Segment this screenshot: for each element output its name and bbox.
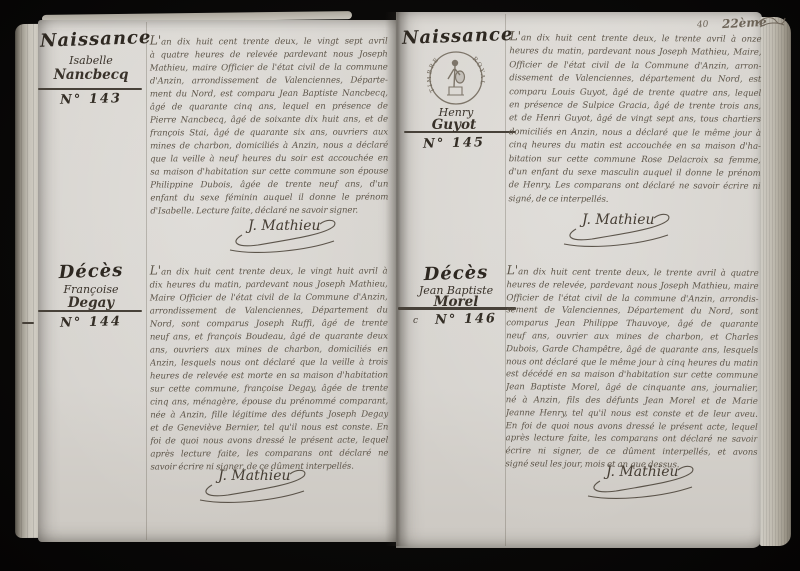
- book-spine-edge: [15, 24, 40, 538]
- record-146-signature: J. Mathieu: [580, 458, 710, 500]
- handwritten-line: foi de quoi nous avons dressé le présent…: [150, 434, 388, 448]
- record-143-type-label: Naissance: [40, 27, 143, 52]
- handwritten-line: née à Anzin, fille légitime des défunts …: [150, 408, 388, 422]
- record-145-type-label: Naissance: [402, 24, 509, 49]
- signature-text: J. Mathieu: [215, 468, 291, 484]
- stamp-text-left: TIMBRE: [427, 56, 441, 94]
- handwritten-line: L'an dix huit cent trente deux, le trent…: [509, 29, 761, 47]
- record-144-number: N° 144: [40, 314, 142, 332]
- stamp-text-right: ROYAL: [471, 55, 485, 86]
- handwritten-line: heures du matin, pardevant nous Joseph M…: [509, 46, 761, 61]
- handwritten-line: dissement de Valenciennes, département d…: [509, 72, 761, 87]
- record-145-surname: Guyot: [404, 117, 504, 133]
- handwritten-line: arrondissement de Valenciennes, Départem…: [150, 304, 388, 318]
- handwritten-line: cinq heures du matin est accouchée en sa…: [509, 139, 761, 154]
- handwritten-line: Pierre Nancbecq, âgé de soixante dix hui…: [150, 113, 388, 127]
- handwritten-line: ment du Nord, est comparu Jean Baptiste …: [150, 87, 388, 101]
- handwritten-line: heures de relevée, pardevant nous Joseph…: [506, 279, 758, 293]
- handwritten-line: après lecture faite, les comparans ont d…: [150, 447, 388, 461]
- handwritten-line: heures de relevée est morte en sa maison…: [150, 369, 388, 383]
- record-145-signature: J. Mathieu: [556, 206, 686, 248]
- handwritten-line: L'an dix huit cent trente deux, le vingt…: [150, 32, 388, 49]
- record-146-surname: Morel: [404, 294, 508, 310]
- handwritten-line: à quatre heures de relevée pardevant nou…: [150, 48, 388, 62]
- folio-number: 40: [697, 20, 709, 31]
- handwritten-line: cinq ans, ménagère, épouse du prénommé c…: [150, 395, 388, 409]
- margin-rule-144-spine-tick: [22, 322, 34, 324]
- margin-rule-143: [38, 88, 142, 90]
- record-143-number: N° 143: [40, 91, 142, 109]
- handwritten-line: Nord, sont comparus Joseph Ruffi, âgé de…: [150, 317, 388, 331]
- page-stack-fore-edge: [760, 17, 791, 546]
- record-143-firstname: Isabelle: [40, 54, 142, 67]
- handwritten-line: neuf ans, et françois Boudeau, âgé de qu…: [150, 330, 388, 344]
- handwritten-line: âgé de quarante cinq ans, lequel en prés…: [150, 100, 388, 114]
- handwritten-line: mines de charbon, domiciliés à Anzin, no…: [150, 139, 388, 153]
- handwritten-line: sa maison d'habitation sur cette commune…: [150, 165, 388, 179]
- handwritten-line: Philippine Dubois, âgée de trente neuf a…: [150, 178, 388, 192]
- record-145-number: N° 145: [404, 135, 504, 153]
- handwritten-line: neuf ans, ouvrier aux mines de charbon, …: [506, 330, 758, 344]
- handwritten-line: sur cette commune, françoise Degay, âgée…: [150, 382, 388, 396]
- handwritten-line: ans, ouvriers aux mines de charbon, domi…: [150, 343, 388, 357]
- handwritten-line: Maire Officier de l'état civil de la Com…: [150, 291, 388, 305]
- handwritten-line: L'an dix huit cent trente deux, le vingt…: [150, 262, 388, 279]
- handwritten-line: Mathieu, maire Officier de l'état civil …: [150, 61, 388, 75]
- handwritten-line: de Henry. Les comparans ont déclaré ne s…: [509, 180, 761, 195]
- handwritten-line: Jeanne Henry, tel qu'il nous est conste …: [506, 407, 758, 421]
- record-143-body: L'an dix huit cent trente deux, le vingt…: [150, 32, 389, 218]
- record-146-type-label: Décès: [404, 261, 509, 286]
- signature-text: J. Mathieu: [579, 212, 655, 228]
- page-label-flourish: [756, 14, 786, 30]
- signature-text: J. Mathieu: [245, 218, 321, 234]
- record-146-margin-note: c: [413, 316, 418, 326]
- handwritten-line: L'an dix huit cent trente deux, le trent…: [507, 264, 759, 280]
- record-146-body: L'an dix huit cent trente deux, le trent…: [505, 264, 758, 472]
- record-143-surname: Nancbecq: [40, 67, 142, 83]
- handwritten-line: françois Stai, âgé de quarante six ans, …: [150, 126, 388, 140]
- royal-stamp-icon: TIMBRE ROYAL: [427, 49, 485, 109]
- handwritten-line: et de Geneviève Bernier, tel qu'il nous …: [150, 421, 388, 435]
- handwritten-line: enfant du sexe féminin auquel il donne l…: [150, 191, 388, 205]
- record-144-surname: Degay: [40, 295, 142, 311]
- record-144-type-label: Décès: [40, 259, 143, 284]
- left-margin-vertical-rule: [146, 22, 147, 540]
- record-145-body: L'an dix huit cent trente deux, le trent…: [508, 29, 761, 208]
- handwritten-line: dix heures du matin, pardevant nous Jose…: [150, 278, 388, 292]
- photo-background: 40 22ème Naissance Isabelle Nancbecq N° …: [0, 0, 800, 571]
- handwritten-line: Dubois, Garde Champêtre, âgé de quarante…: [506, 343, 758, 357]
- handwritten-line: que la veille à neuf heures du soir est …: [150, 152, 388, 166]
- signature-text: J. Mathieu: [603, 464, 679, 480]
- record-144-body: L'an dix huit cent trente deux, le vingt…: [150, 262, 389, 474]
- record-144-signature: J. Mathieu: [192, 462, 322, 504]
- record-143-signature: J. Mathieu: [222, 212, 352, 254]
- record-146-number: N° 146: [428, 311, 504, 328]
- handwritten-line: né à Anzin, fils des défunts Jean Morel …: [506, 394, 758, 408]
- handwritten-line: d'Anzin, arrondissement de Valenciennes,…: [150, 74, 388, 88]
- handwritten-line: Anzin, lesquels nous ont déclaré que la …: [150, 356, 388, 370]
- handwritten-line: et de Henri Guyot, âgé de vingt sept ans…: [509, 113, 761, 128]
